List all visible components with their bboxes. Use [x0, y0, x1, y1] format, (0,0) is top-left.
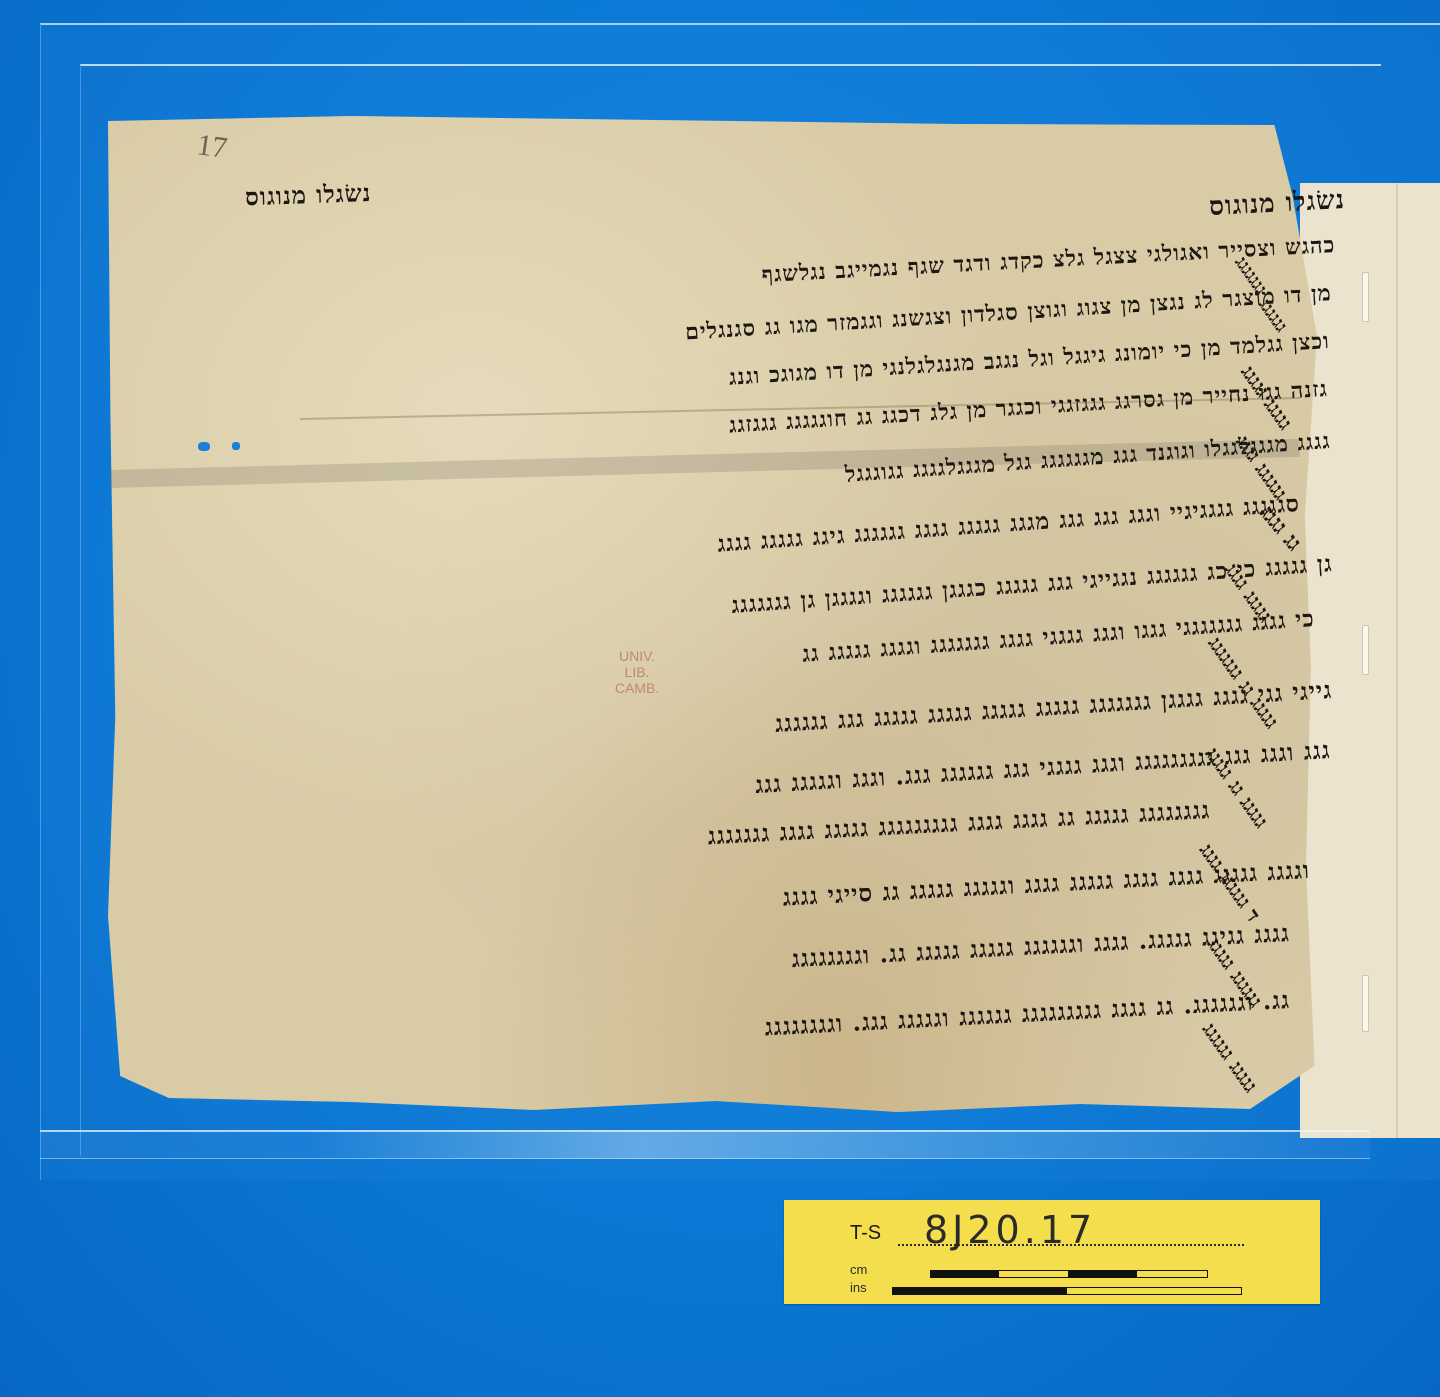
scale-seg: [893, 1288, 1067, 1294]
stamp-line: CAMB.: [605, 680, 669, 696]
stamp-line: UNIV.: [605, 648, 669, 664]
scale-bar-cm: [930, 1270, 1208, 1278]
label-unit-cm: cm: [850, 1262, 867, 1277]
scale-seg: [1068, 1271, 1137, 1277]
shelfmark-label: T-S 8J20.17 cm ins: [784, 1200, 1320, 1304]
scale-bar-ins: [892, 1287, 1242, 1295]
mount-stitch: [1362, 975, 1369, 1032]
library-stamp: UNIV. LIB. CAMB.: [605, 648, 669, 696]
mount-stitch: [1362, 272, 1369, 322]
paper-mount-card: [1300, 183, 1440, 1138]
stamp-line: LIB.: [605, 664, 669, 680]
text-line-heading: נשׂגלו מנוגוס: [245, 178, 372, 212]
mount-card-fold: [1396, 183, 1398, 1138]
mount-stitch: [1362, 625, 1369, 675]
folio-number: 17: [195, 128, 229, 166]
plastic-sleeve-bottom-edge: [40, 1130, 1370, 1159]
label-prefix: T-S: [850, 1222, 881, 1245]
ink-loss-hole: [198, 442, 210, 451]
label-shelfmark: 8J20.17: [924, 1208, 1096, 1252]
scale-seg: [931, 1271, 999, 1277]
ink-loss-hole: [232, 442, 240, 450]
label-unit-ins: ins: [850, 1280, 867, 1295]
